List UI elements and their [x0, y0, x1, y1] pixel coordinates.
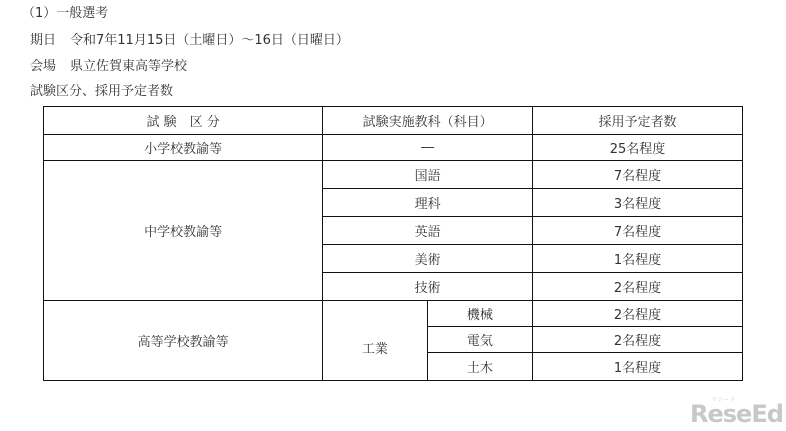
subject-cell: 土木 — [427, 353, 532, 381]
subject-cell: ― — [323, 135, 533, 161]
exam-venue-label: 会場 — [30, 59, 56, 74]
planned-cell: 7名程度 — [533, 161, 743, 189]
reseed-logo-icon: ReseEd — [690, 400, 783, 428]
table-row: 高等学校教諭等 工業 機械 2名程度 — [44, 301, 743, 327]
planned-cell: 7名程度 — [533, 217, 743, 245]
table-row: 中学校教諭等 国語 7名程度 — [44, 161, 743, 189]
table-caption: 試験区分、採用予定者数 — [30, 84, 173, 100]
subject-cell: 技術 — [323, 273, 533, 301]
planned-cell: 2名程度 — [533, 273, 743, 301]
section-heading: （1）一般選考 — [22, 6, 108, 22]
planned-cell: 3名程度 — [533, 189, 743, 217]
category-cell: 高等学校教諭等 — [44, 301, 323, 381]
subject-cell: 機械 — [427, 301, 532, 327]
subject-cell: 電気 — [427, 327, 532, 353]
planned-cell: 1名程度 — [533, 245, 743, 273]
header-planned: 採用予定者数 — [533, 107, 743, 135]
subject-cell: 国語 — [323, 161, 533, 189]
planned-cell: 2名程度 — [533, 327, 743, 353]
table-row: 小学校教諭等 ― 25名程度 — [44, 135, 743, 161]
watermark-logo: リシード ReseEd — [690, 396, 782, 430]
planned-cell: 1名程度 — [533, 353, 743, 381]
planned-cell: 25名程度 — [533, 135, 743, 161]
subject-cell: 美術 — [323, 245, 533, 273]
exam-date-value: 令和7年11月15日（土曜日）～16日（日曜日） — [70, 33, 349, 48]
subject-cell: 理科 — [323, 189, 533, 217]
header-category: 試 験 区 分 — [44, 107, 323, 135]
exam-date-line: 期日令和7年11月15日（土曜日）～16日（日曜日） — [30, 33, 349, 49]
exam-venue-line: 会場県立佐賀東高等学校 — [30, 59, 187, 75]
table-header-row: 試 験 区 分 試験実施教科（科目） 採用予定者数 — [44, 107, 743, 135]
header-subject: 試験実施教科（科目） — [323, 107, 533, 135]
subject-cell: 英語 — [323, 217, 533, 245]
planned-cell: 2名程度 — [533, 301, 743, 327]
category-cell: 小学校教諭等 — [44, 135, 323, 161]
recruitment-table: 試 験 区 分 試験実施教科（科目） 採用予定者数 小学校教諭等 ― 25名程度… — [43, 106, 743, 381]
subject-group-cell: 工業 — [323, 301, 427, 381]
category-cell: 中学校教諭等 — [44, 161, 323, 301]
exam-date-label: 期日 — [30, 33, 56, 48]
exam-venue-value: 県立佐賀東高等学校 — [70, 59, 187, 74]
